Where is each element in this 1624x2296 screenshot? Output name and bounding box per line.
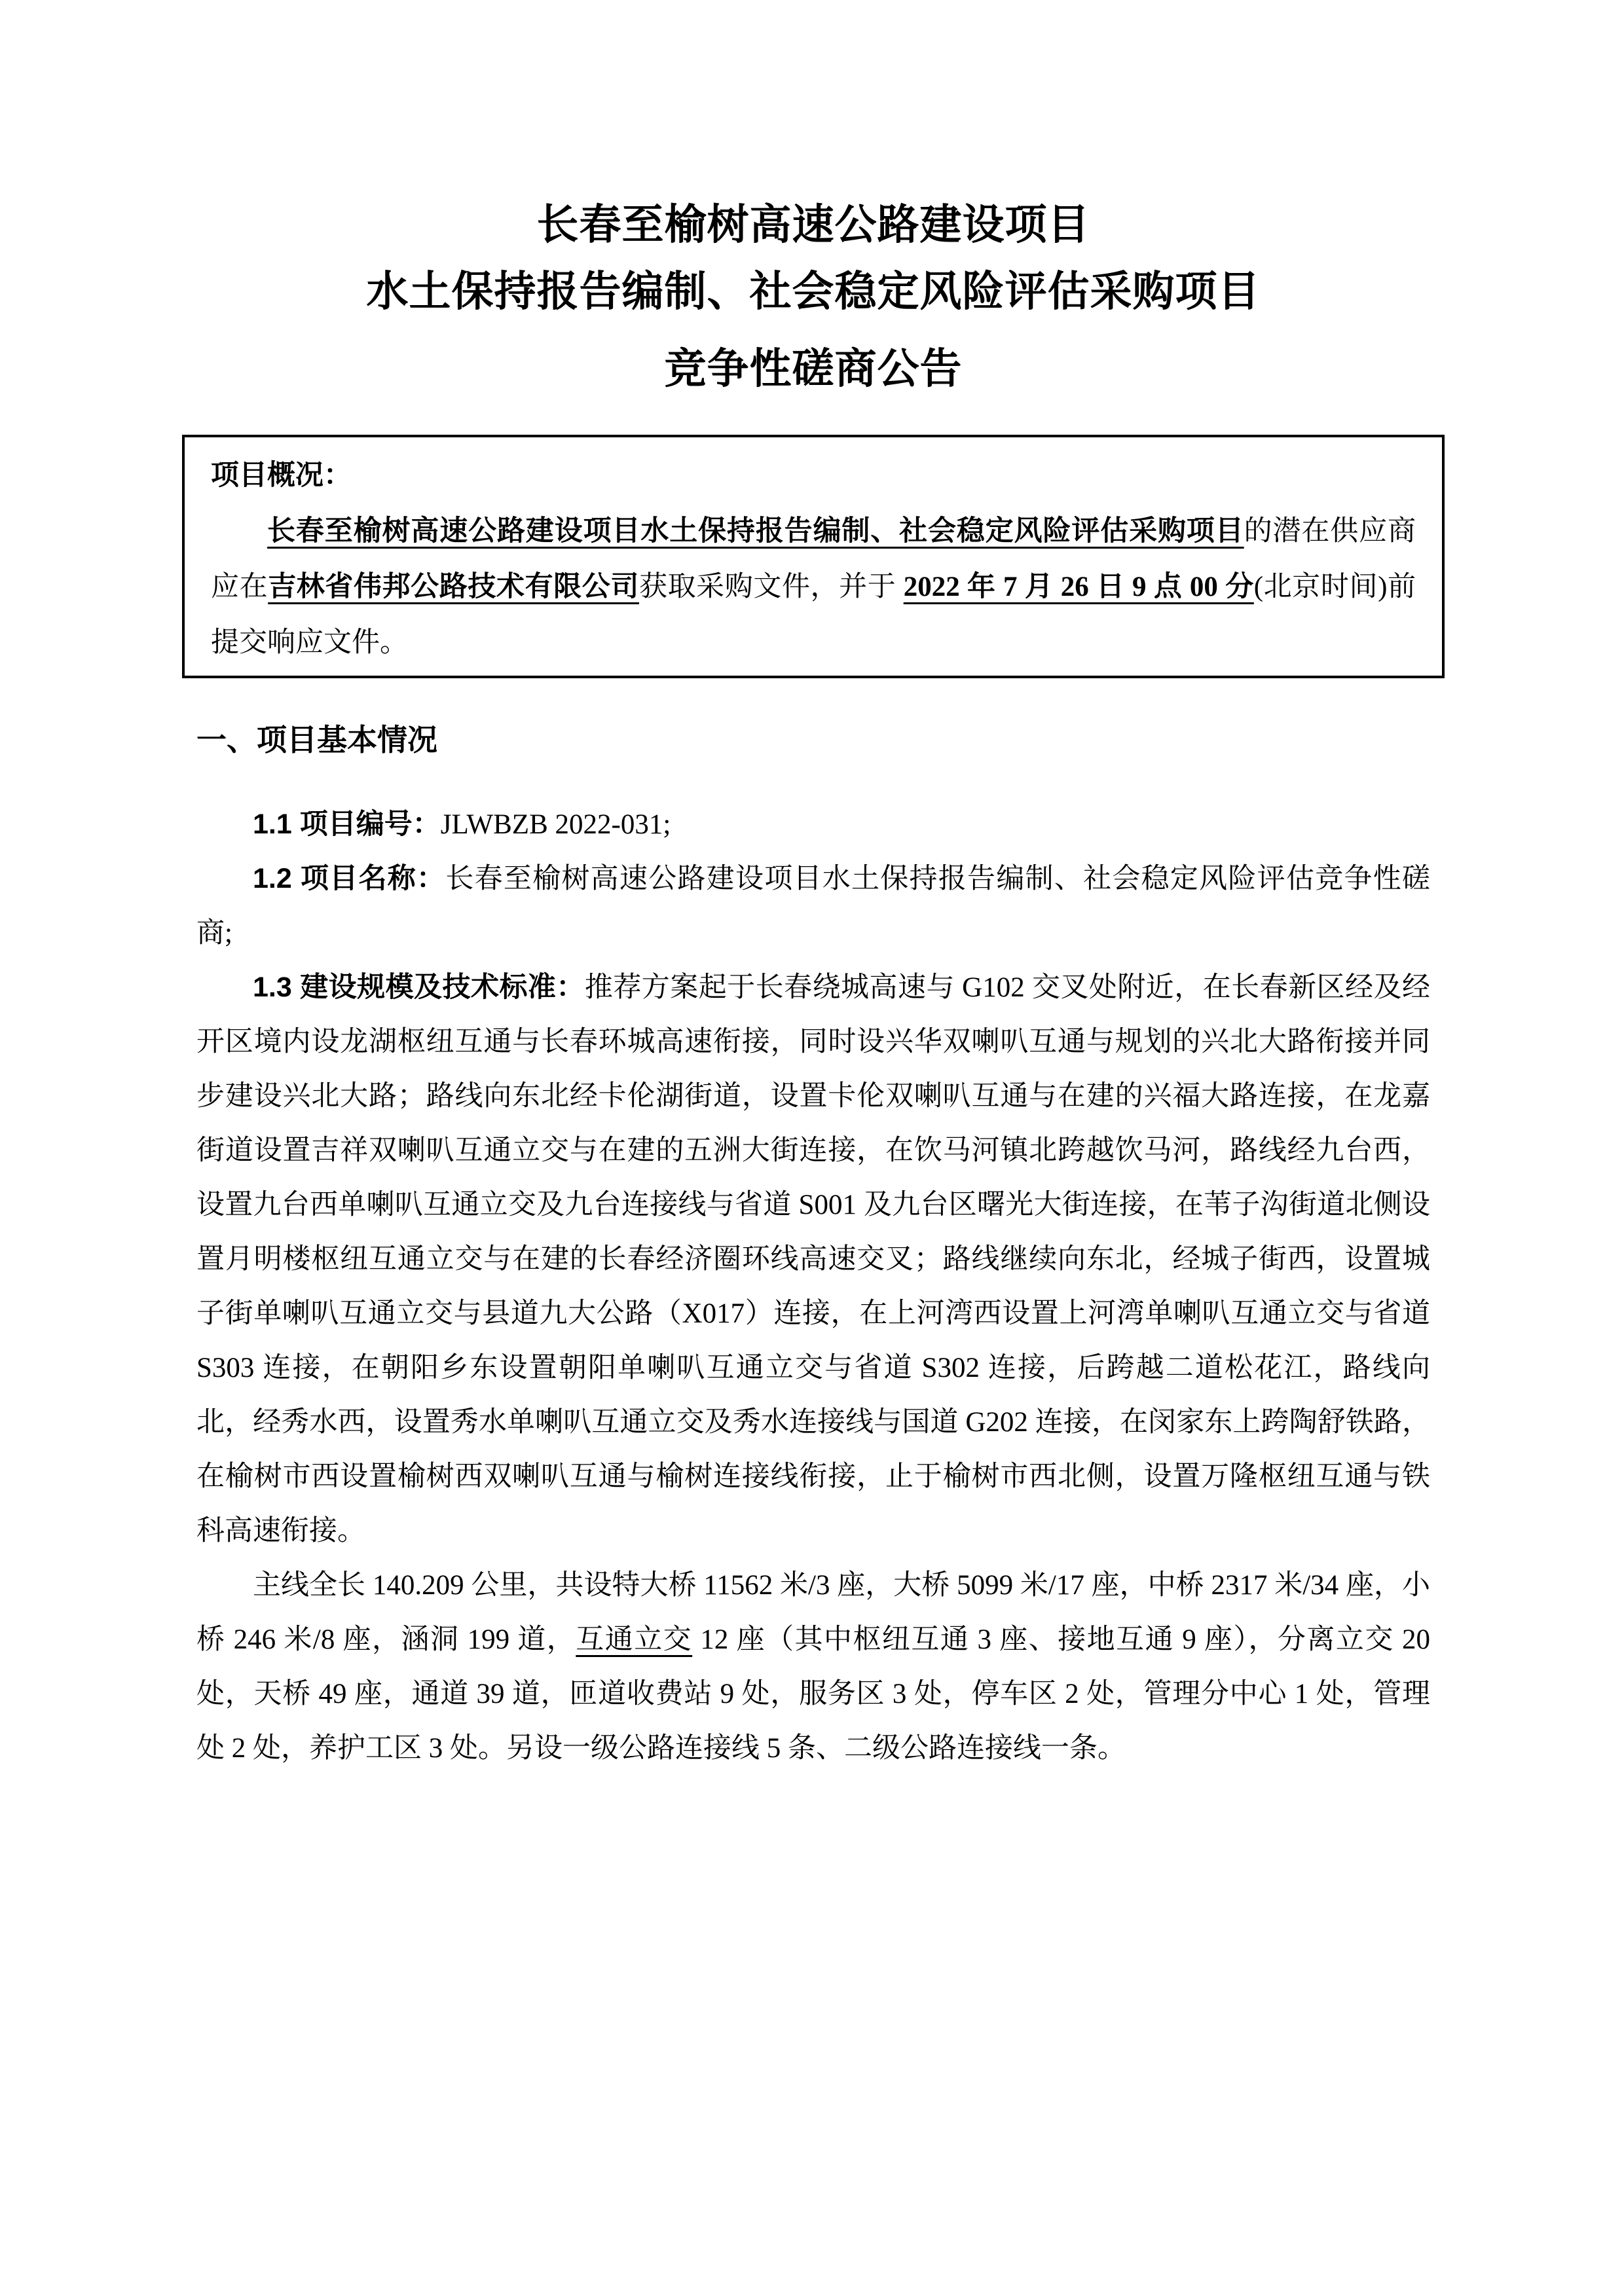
mainline-summary-paragraph: 主线全长 140.209 公里，共设特大桥 11562 米/3 座，大桥 509… [196,1558,1430,1776]
item-1-3: 1.3 建设规模及技术标准：推荐方案起于长春绕城高速与 G102 交叉处附近，在… [196,960,1430,1558]
overview-text-mid: 获取采购文件，并于 [639,572,904,602]
overview-agency-name: 吉林省伟邦公路技术有限公司 [268,572,639,602]
item-1-1-value: JLWBZB 2022-031; [441,809,671,840]
title-line-1: 长春至榆树高速公路建设项目 [196,191,1430,258]
overview-paragraph: 长春至榆树高速公路建设项目水土保持报告编制、社会稳定风险评估采购项目的潜在供应商… [211,503,1416,670]
item-1-1: 1.1 项目编号：JLWBZB 2022-031; [196,797,1430,852]
overview-project-name: 长春至榆树高速公路建设项目水土保持报告编制、社会稳定风险评估采购项目 [267,516,1244,547]
title-line-2: 水土保持报告编制、社会稳定风险评估采购项目 [196,258,1430,325]
item-1-2: 1.2 项目名称：长春至榆树高速公路建设项目水土保持报告编制、社会稳定风险评估竞… [196,852,1430,960]
document-page: 长春至榆树高速公路建设项目 水土保持报告编制、社会稳定风险评估采购项目 竞争性磋… [0,0,1624,2296]
item-1-3-label: 1.3 建设规模及技术标准： [253,972,585,1003]
item-1-1-label: 1.1 项目编号： [253,809,441,840]
section-1-heading: 一、项目基本情况 [196,723,1430,757]
item-1-3-text: 推荐方案起于长春绕城高速与 G102 交叉处附近，在长春新区经及经开区境内设龙湖… [196,972,1430,1546]
title-line-3: 竞争性磋商公告 [196,335,1430,402]
overview-deadline: 2022 年 7 月 26 日 9 点 00 分 [904,572,1254,602]
document-title: 长春至榆树高速公路建设项目 水土保持报告编制、社会稳定风险评估采购项目 竞争性磋… [196,191,1430,402]
mainline-summary-underlined: 互通立交 [576,1624,692,1655]
overview-label: 项目概况： [211,448,1416,503]
item-1-2-label: 1.2 项目名称： [253,863,445,894]
document-content: 长春至榆树高速公路建设项目 水土保持报告编制、社会稳定风险评估采购项目 竞争性磋… [196,191,1430,1776]
project-overview-box: 项目概况： 长春至榆树高速公路建设项目水土保持报告编制、社会稳定风险评估采购项目… [182,435,1445,678]
